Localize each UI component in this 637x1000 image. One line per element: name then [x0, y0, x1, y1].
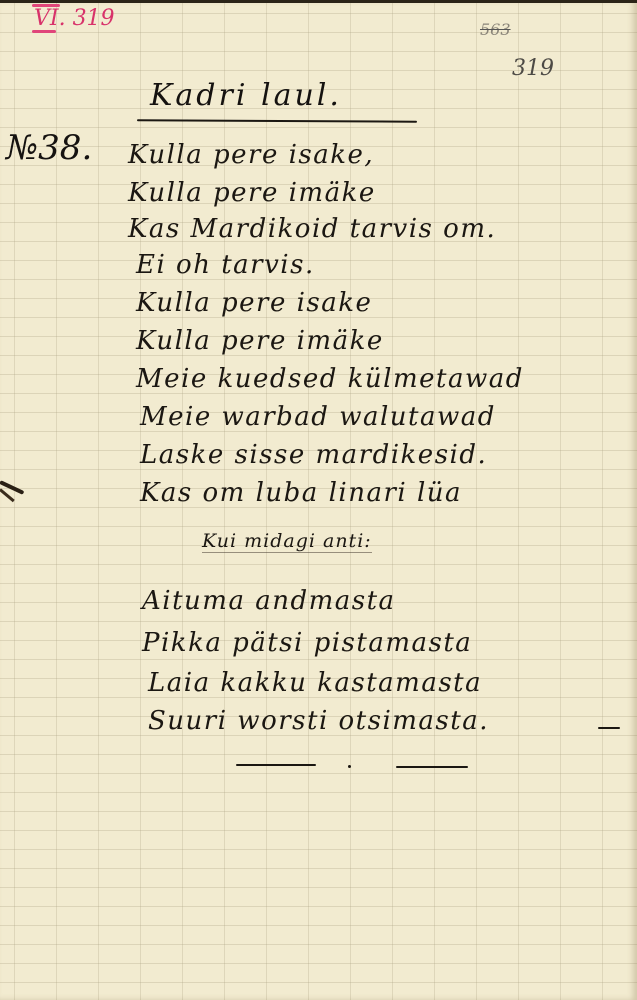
closing-verse-line: Laia kakku kastamasta: [148, 668, 482, 698]
verse-line: Kas Mardikoid tarvis om.: [128, 214, 496, 244]
crossed-out-page-number: 563: [480, 20, 511, 39]
end-mark-dot: [348, 765, 351, 768]
end-mark-dash-left: [236, 764, 316, 766]
verse-line: Kulla pere imäke: [128, 178, 376, 208]
verse-line: Kulla pere isake: [136, 288, 372, 318]
song-title: Kadri laul.: [150, 78, 342, 113]
trailing-dash: [598, 727, 620, 729]
subheading: Kui midagi anti:: [202, 530, 372, 553]
verse-line: Kas om luba linari lüa: [140, 478, 462, 508]
end-mark-dash-right: [396, 766, 468, 768]
closing-verse-line: Suuri worsti otsimasta.: [148, 706, 489, 736]
verse-line: Kulla pere isake,: [128, 140, 374, 170]
closing-verse-line: Pikka pätsi pistamasta: [142, 628, 472, 658]
archive-reference: VI. 319: [34, 6, 115, 31]
verse-line: Laske sisse mardikesid.: [140, 440, 487, 470]
title-underline: [137, 119, 417, 122]
closing-verse-line: Aituma andmasta: [142, 586, 396, 616]
manuscript-page: VI. 319 563 319 Kadri laul. №38. Kulla p…: [0, 0, 637, 1000]
song-number: №38.: [6, 128, 92, 168]
page-number: 319: [512, 56, 554, 81]
verse-line: Meie kuedsed külmetawad: [136, 364, 524, 394]
verse-line: Ei oh tarvis.: [136, 250, 315, 280]
verse-line: Kulla pere imäke: [136, 326, 384, 356]
verse-line: Meie warbad walutawad: [140, 402, 496, 432]
